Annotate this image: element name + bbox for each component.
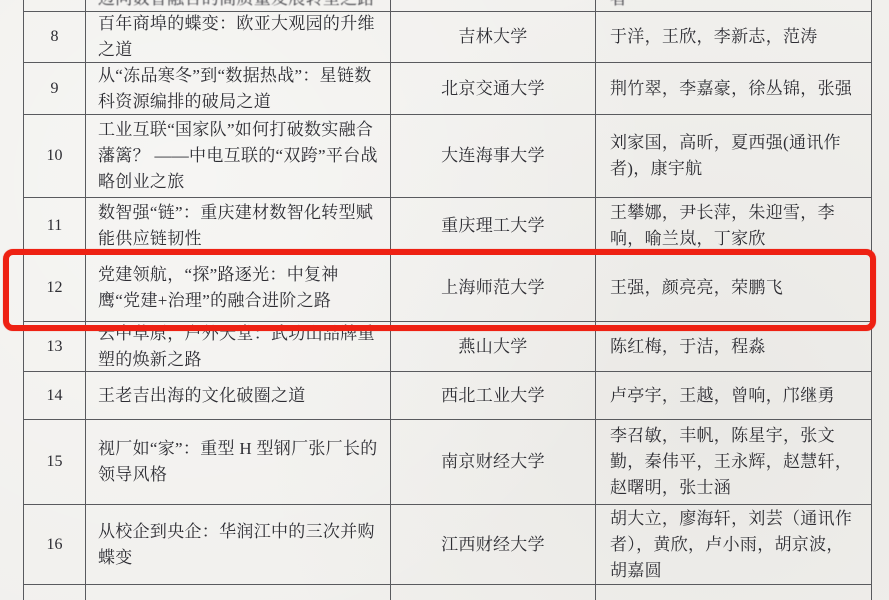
cell-university: 燕山大学 xyxy=(391,322,596,371)
cell-university xyxy=(391,585,596,600)
author-list: 李召敏，丰帆，陈星宇，张文勤，秦伟平，王永辉，赵慧轩，赵曙明，张士涵 xyxy=(610,423,859,501)
cell-authors: 卢亭宇，王越，曾响，邝继勇 xyxy=(596,372,871,419)
author-list: 王攀娜，尹长萍，朱迎雪，李响，喻兰岚，丁家欣 xyxy=(610,200,859,252)
clipped-authors-fragment: 者 xyxy=(610,0,627,11)
author-list: 荆竹翠，李嘉豪，徐丛锦，张强 xyxy=(610,76,852,102)
case-title: 数智强“链”：重庆建材数智化转型赋能供应链韧性 xyxy=(98,200,378,252)
university-name: 吉林大学 xyxy=(458,24,527,50)
cell-authors: 胡大立，廖海轩，刘芸（通讯作者），黄欣，卢小雨，胡京波，胡嘉圆 xyxy=(596,505,871,584)
cell-authors: 王攀娜，尹长萍，朱迎雪，李响，喻兰岚，丁家欣 xyxy=(596,198,871,253)
author-list: 于洋，王欣，李新志，范涛 xyxy=(610,24,818,50)
cell-title: 从“冻品寒冬”到“数据热战”：星链数科资源编排的破局之道 xyxy=(86,63,391,114)
case-title: 党建领航，“探”路逐光：中复神鹰“党建+治理”的融合进阶之路 xyxy=(98,262,378,314)
cell-university: 南京财经大学 xyxy=(391,420,596,504)
cell-university: 北京交通大学 xyxy=(391,63,596,114)
university-name: 上海师范大学 xyxy=(441,275,545,301)
cell-authors: 王强，颜亮亮，荣鹏飞 xyxy=(596,254,871,321)
row-index: 16 xyxy=(47,532,63,558)
cell-title: 工业互联“国家队”如何打破数实融合藩篱？ ——中电互联的“双跨”平台战略创业之旅 xyxy=(86,115,391,197)
table-row-16: 16 从校企到央企：华润江中的三次并购蝶变 江西财经大学 胡大立，廖海轩，刘芸（… xyxy=(24,505,871,585)
cell-title: 党建领航，“探”路逐光：中复神鹰“党建+治理”的融合进阶之路 xyxy=(86,254,391,321)
cell-university: 西北工业大学 xyxy=(391,372,596,419)
university-name: 江西财经大学 xyxy=(441,532,545,558)
table-row-9: 9 从“冻品寒冬”到“数据热战”：星链数科资源编排的破局之道 北京交通大学 荆竹… xyxy=(24,63,871,115)
row-index: 11 xyxy=(47,213,62,239)
cell-index: 8 xyxy=(24,12,86,62)
cell-authors: 陈红梅，于洁，程淼 xyxy=(596,322,871,371)
cell-title: 迈向数智融合的高质量发展转型之路 xyxy=(86,0,391,11)
cell-title: 百年商埠的蝶变：欧亚大观园的升维之道 xyxy=(86,12,391,62)
row-index: 12 xyxy=(47,275,63,301)
cell-title: 视厂如“家”：重型 H 型钢厂张厂长的领导风格 xyxy=(86,420,391,504)
table-row-8: 8 百年商埠的蝶变：欧亚大观园的升维之道 吉林大学 于洋，王欣，李新志，范涛 xyxy=(24,12,871,63)
table-row-14: 14 王老吉出海的文化破圈之道 西北工业大学 卢亭宇，王越，曾响，邝继勇 xyxy=(24,372,871,420)
cell-index: 13 xyxy=(24,322,86,371)
cell-index: 9 xyxy=(24,63,86,114)
cell-authors xyxy=(596,585,871,600)
cell-title: 从校企到央企：华润江中的三次并购蝶变 xyxy=(86,505,391,584)
clipped-title-fragment: 迈向数智融合的高质量发展转型之路 xyxy=(98,0,375,11)
author-list: 胡大立，廖海轩，刘芸（通讯作者），黄欣，卢小雨，胡京波，胡嘉圆 xyxy=(610,506,859,584)
university-name: 南京财经大学 xyxy=(441,449,545,475)
cell-index: 14 xyxy=(24,372,86,419)
cell-university: 重庆理工大学 xyxy=(391,198,596,253)
cell-authors: 者 xyxy=(596,0,871,11)
author-list: 陈红梅，于洁，程淼 xyxy=(610,334,766,360)
cell-index: 12 xyxy=(24,254,86,321)
author-list: 王强，颜亮亮，荣鹏飞 xyxy=(610,275,783,301)
cell-university: 江西财经大学 xyxy=(391,505,596,584)
cell-index: 16 xyxy=(24,505,86,584)
cell-authors: 李召敏，丰帆，陈星宇，张文勤，秦伟平，王永辉，赵慧轩，赵曙明，张士涵 xyxy=(596,420,871,504)
case-title: 从“冻品寒冬”到“数据热战”：星链数科资源编排的破局之道 xyxy=(98,63,378,114)
cell-title: 王老吉出海的文化破圈之道 xyxy=(86,372,391,419)
cell-university xyxy=(391,0,596,11)
case-title: 王老吉出海的文化破圈之道 xyxy=(98,383,306,409)
table-row-12-highlighted: 12 党建领航，“探”路逐光：中复神鹰“党建+治理”的融合进阶之路 上海师范大学… xyxy=(24,254,871,322)
row-index: 8 xyxy=(51,24,59,50)
university-name: 西北工业大学 xyxy=(441,383,545,409)
row-index: 10 xyxy=(47,143,63,169)
cell-index: 11 xyxy=(24,198,86,253)
table-row-partial-top: 迈向数智融合的高质量发展转型之路 者 xyxy=(24,0,871,12)
table-row-10: 10 工业互联“国家队”如何打破数实融合藩篱？ ——中电互联的“双跨”平台战略创… xyxy=(24,115,871,198)
case-list-table: 迈向数智融合的高质量发展转型之路 者 8 百年商埠的蝶变：欧亚大观园的升维之道 … xyxy=(23,0,872,600)
scanned-document-page: 迈向数智融合的高质量发展转型之路 者 8 百年商埠的蝶变：欧亚大观园的升维之道 … xyxy=(0,0,889,600)
cell-index xyxy=(24,0,86,11)
author-list: 卢亭宇，王越，曾响，邝继勇 xyxy=(610,383,835,409)
row-index: 13 xyxy=(47,334,63,360)
cell-university: 大连海事大学 xyxy=(391,115,596,197)
university-name: 大连海事大学 xyxy=(441,143,545,169)
author-list: 刘家国，高昕，夏西强(通讯作者)，康宇航 xyxy=(610,130,859,182)
cell-authors: 刘家国，高昕，夏西强(通讯作者)，康宇航 xyxy=(596,115,871,197)
cell-index xyxy=(24,585,86,600)
table-row-11: 11 数智强“链”：重庆建材数智化转型赋能供应链韧性 重庆理工大学 王攀娜，尹长… xyxy=(24,198,871,254)
cell-title: 云中草原，户外天堂：武功山品牌重塑的焕新之路 xyxy=(86,322,391,371)
cell-title xyxy=(86,585,391,600)
row-index: 14 xyxy=(47,383,63,409)
cell-authors: 于洋，王欣，李新志，范涛 xyxy=(596,12,871,62)
university-name: 北京交通大学 xyxy=(441,76,545,102)
cell-university: 上海师范大学 xyxy=(391,254,596,321)
row-index: 9 xyxy=(51,76,59,102)
case-title: 云中草原，户外天堂：武功山品牌重塑的焕新之路 xyxy=(98,322,378,371)
cell-university: 吉林大学 xyxy=(391,12,596,62)
table-row-15: 15 视厂如“家”：重型 H 型钢厂张厂长的领导风格 南京财经大学 李召敏，丰帆… xyxy=(24,420,871,505)
case-title: 从校企到央企：华润江中的三次并购蝶变 xyxy=(98,519,378,571)
cell-index: 15 xyxy=(24,420,86,504)
university-name: 重庆理工大学 xyxy=(441,213,545,239)
case-title: 百年商埠的蝶变：欧亚大观园的升维之道 xyxy=(98,12,378,62)
university-name: 燕山大学 xyxy=(458,334,527,360)
case-title: 工业互联“国家队”如何打破数实融合藩篱？ ——中电互联的“双跨”平台战略创业之旅 xyxy=(98,117,378,195)
table-row-13: 13 云中草原，户外天堂：武功山品牌重塑的焕新之路 燕山大学 陈红梅，于洁，程淼 xyxy=(24,322,871,372)
row-index: 15 xyxy=(47,449,63,475)
cell-authors: 荆竹翠，李嘉豪，徐丛锦，张强 xyxy=(596,63,871,114)
cell-title: 数智强“链”：重庆建材数智化转型赋能供应链韧性 xyxy=(86,198,391,253)
case-title: 视厂如“家”：重型 H 型钢厂张厂长的领导风格 xyxy=(98,436,378,488)
table-row-partial-bottom xyxy=(24,585,871,600)
cell-index: 10 xyxy=(24,115,86,197)
